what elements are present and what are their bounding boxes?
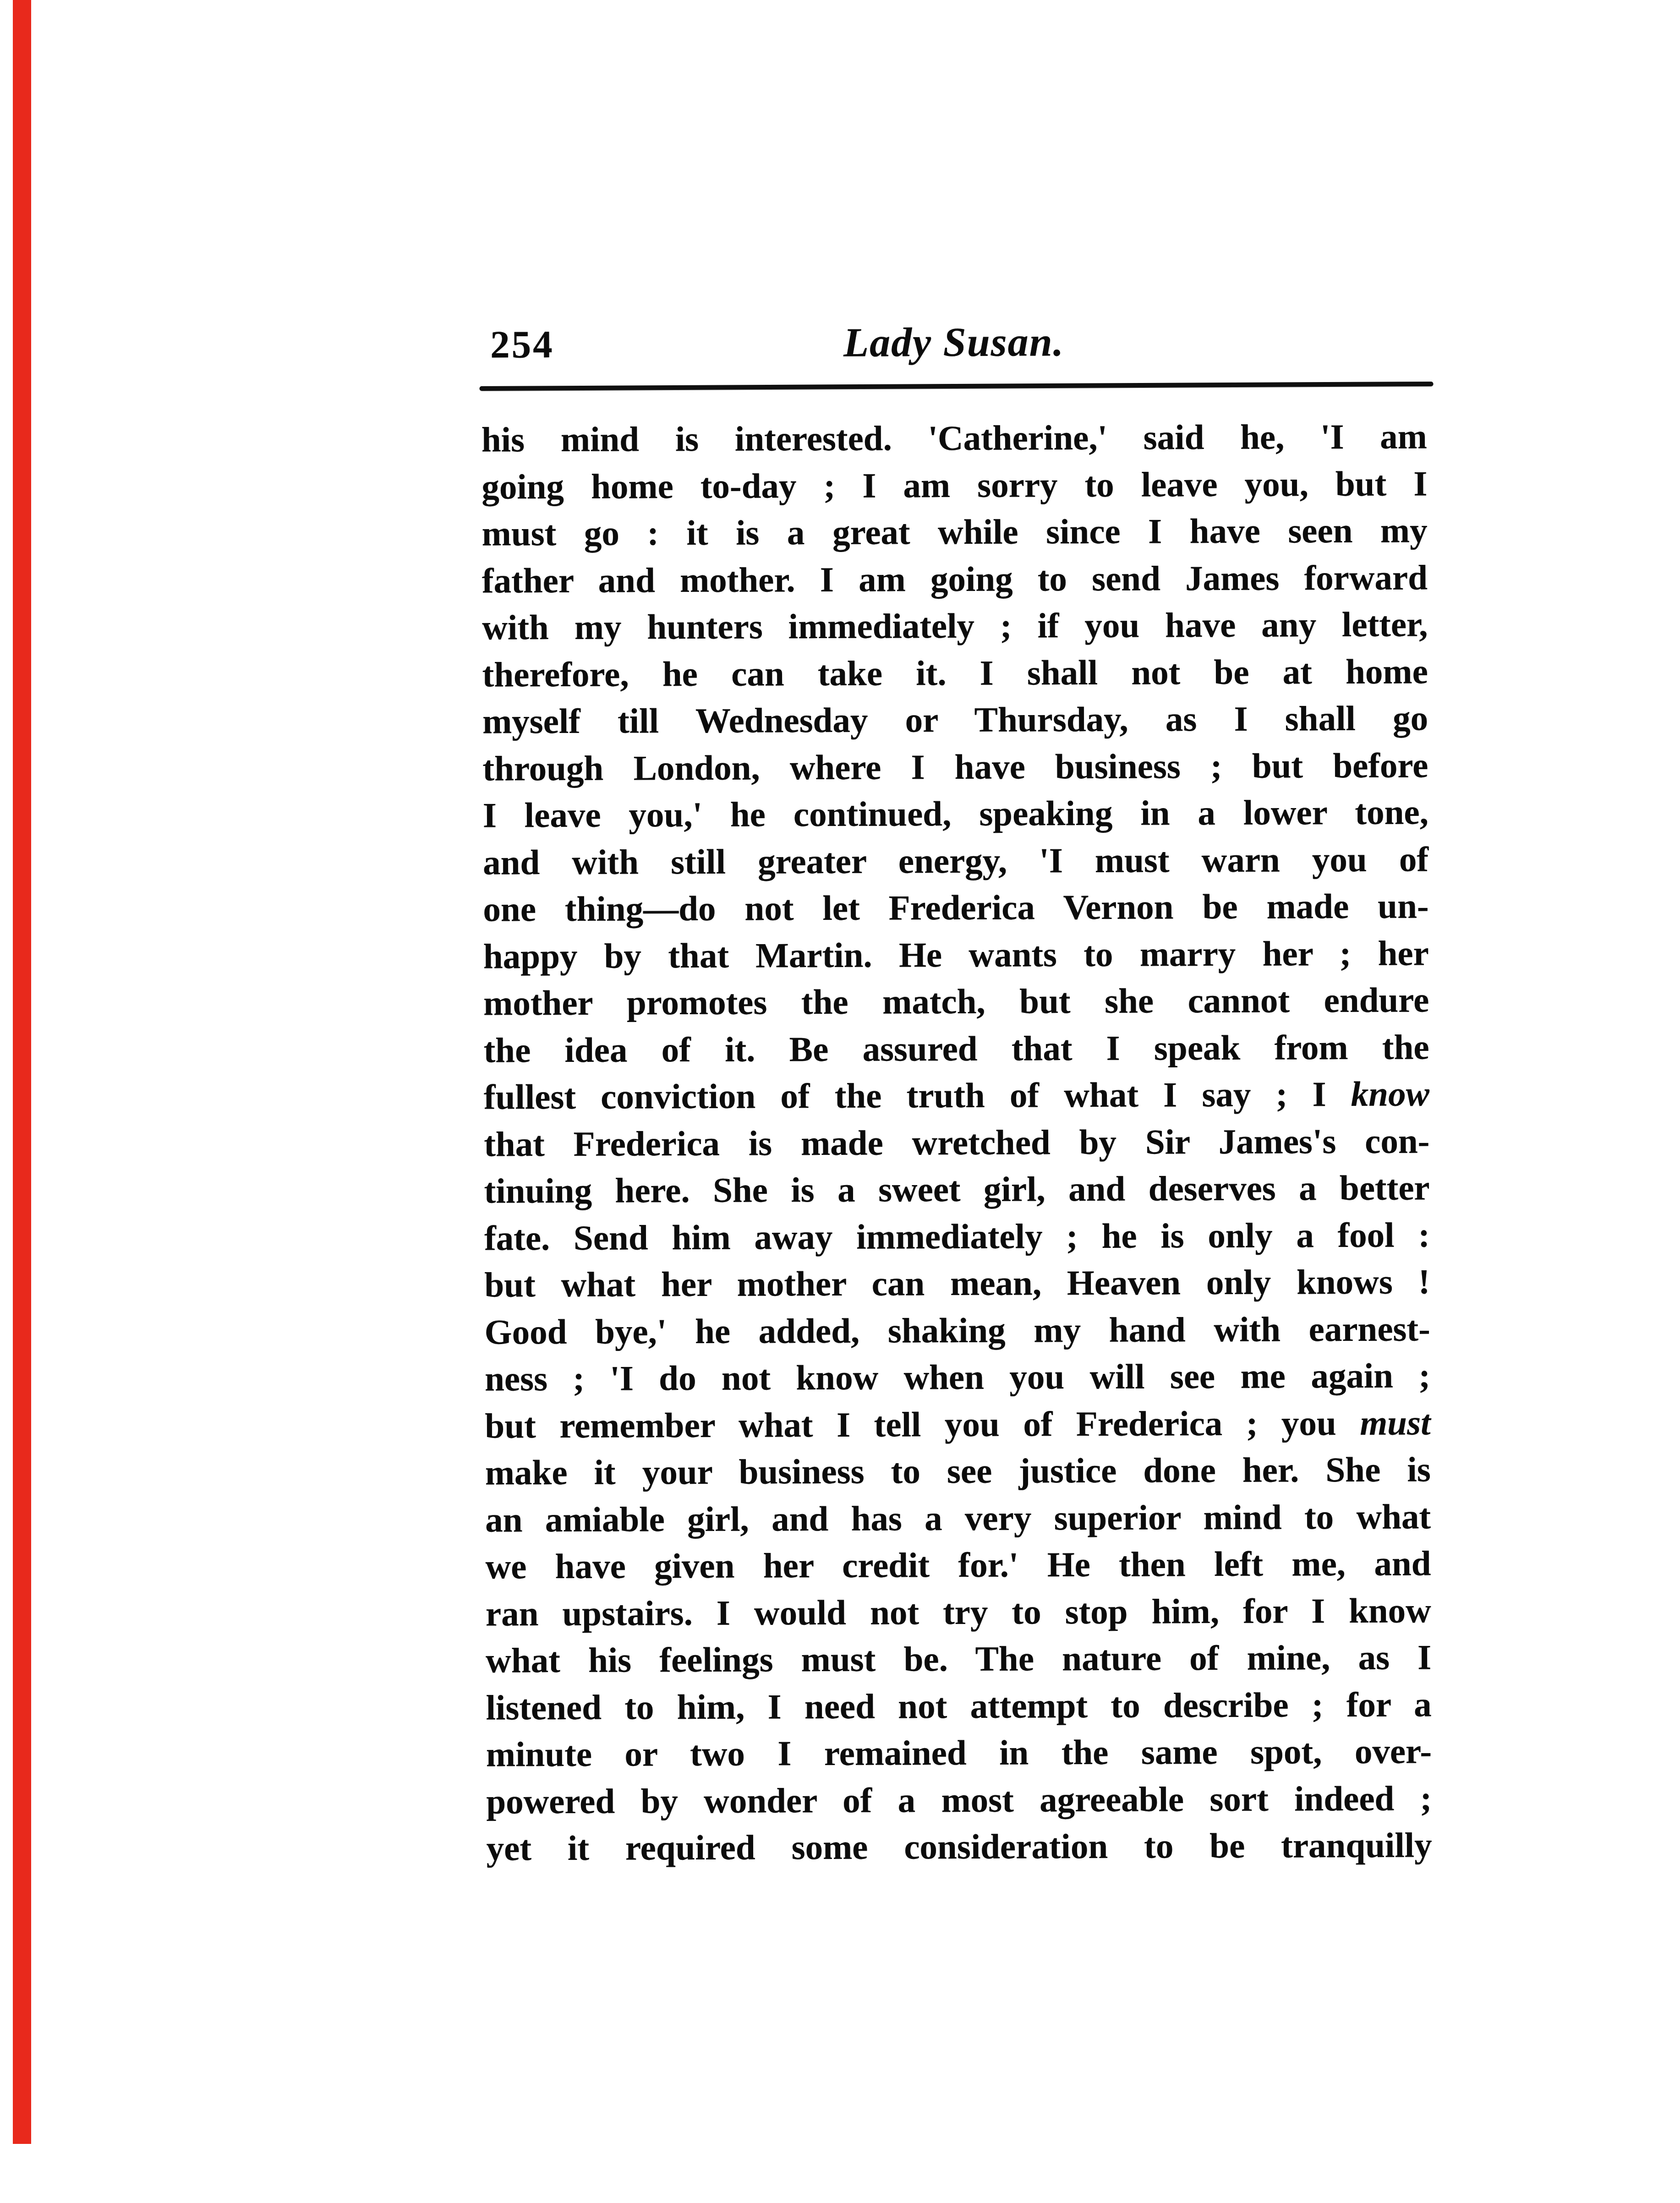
text-line: make it your business to see justice don… (485, 1446, 1431, 1496)
text-line: ran upstairs. I would not try to stop hi… (486, 1587, 1431, 1637)
text-line: listened to him, I need not attempt to d… (486, 1681, 1431, 1731)
text-line: what his feelings must be. The nature of… (486, 1634, 1431, 1684)
scan-edge-stripe (13, 0, 31, 2144)
text-line: ness ; 'I do not know when you will see … (485, 1352, 1430, 1402)
header-rule (480, 382, 1434, 391)
text-line: yet it required some consideration to be… (487, 1821, 1432, 1872)
text-line: mother promotes the match, but she canno… (483, 976, 1429, 1027)
body-text: his mind is interested. 'Catherine,' sai… (482, 413, 1432, 1872)
italic-word: know (1351, 1074, 1429, 1114)
text-line: fate. Send him away immediately ; he is … (484, 1211, 1430, 1262)
text-line: powered by wonder of a most agreeable so… (486, 1775, 1432, 1825)
text-line: Good bye,' he added, shaking my hand wit… (485, 1305, 1430, 1356)
text-line: an amiable girl, and has a very superior… (485, 1493, 1431, 1543)
book-page: 254 Lady Susan. his mind is interested. … (0, 0, 1680, 2203)
running-title: Lady Susan. (481, 317, 1427, 367)
page-header: 254 Lady Susan. (481, 319, 1427, 368)
text-line: tinuing here. She is a sweet girl, and d… (484, 1164, 1429, 1214)
text-line: fullest conviction of the truth of what … (484, 1070, 1429, 1121)
text-line: minute or two I remained in the same spo… (486, 1727, 1432, 1778)
text-line: and with still greater energy, 'I must w… (483, 836, 1428, 886)
text-line: but remember what I tell you of Frederic… (485, 1399, 1430, 1449)
text-line: I leave you,' he continued, speaking in … (483, 788, 1428, 839)
text-line: happy by that Martin. He wants to marry … (483, 929, 1429, 980)
text-line: therefore, he can take it. I shall not b… (482, 648, 1428, 698)
text-line: going home to-day ; I am sorry to leave … (482, 460, 1427, 510)
text-line: myself till Wednesday or Thursday, as I … (482, 694, 1428, 745)
page-content: 254 Lady Susan. his mind is interested. … (480, 0, 1434, 2203)
text-line: the idea of it. Be assured that I speak … (483, 1023, 1429, 1074)
text-line: father and mother. I am going to send Ja… (482, 554, 1428, 604)
text-line: but what her mother can mean, Heaven onl… (484, 1258, 1430, 1308)
text-line: one thing—do not let Frederica Vernon be… (483, 882, 1428, 933)
text-line: must go : it is a great while since I ha… (482, 507, 1427, 557)
text-line: with my hunters immediately ; if you hav… (482, 601, 1428, 651)
text-line: that Frederica is made wretched by Sir J… (484, 1117, 1429, 1168)
text-line: we have given her credit for.' He then l… (485, 1540, 1431, 1590)
italic-word: must (1360, 1403, 1430, 1443)
text-line: through London, where I have business ; … (482, 742, 1428, 792)
text-line: his mind is interested. 'Catherine,' sai… (482, 413, 1427, 463)
